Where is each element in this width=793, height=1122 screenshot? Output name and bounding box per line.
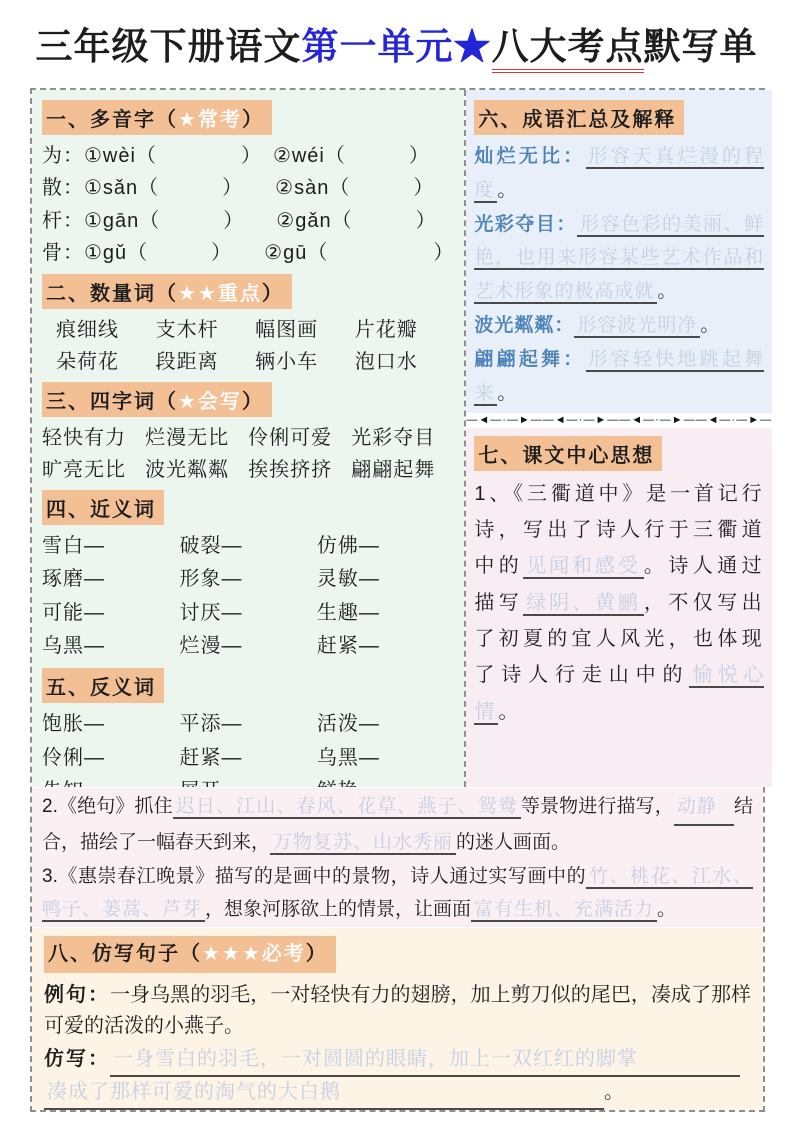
four-char-word: 挨挨挤挤: [248, 454, 351, 486]
antonym-item: 伶俐—: [42, 742, 179, 776]
four-char-word: 波光粼粼: [145, 454, 248, 486]
idiom-term: 波光粼粼：: [474, 315, 574, 336]
idiom-period: 。: [657, 281, 677, 302]
four-char-word: 伶俐可爱: [248, 422, 351, 454]
note-text: 的迷人画面。: [456, 832, 570, 853]
left-column: 一、多音字（★常考） 为：①wèi（ ） ②wéi（ ） 散：①sǎn（ ） ②…: [32, 90, 464, 787]
idiom-item: 灿烂无比：形容天真烂漫的程度。: [474, 140, 764, 208]
synonym-item: 仿佛—: [317, 530, 454, 564]
title-black-1: 三年级下册语文: [36, 27, 302, 68]
polyphone-row: 为：①wèi（ ） ②wéi（ ）: [42, 140, 454, 172]
idiom-term: 灿烂无比：: [474, 146, 585, 167]
note-answer-blank: 动静: [674, 790, 734, 826]
imitation-label: 仿写：: [44, 1048, 110, 1070]
idiom-item: 光彩夺目：形容色彩的美丽、鲜艳，也用来形容某些艺术作品和艺术形象的极高成就。: [474, 208, 764, 309]
idiom-panel: 六、成语汇总及解释 灿烂无比：形容天真烂漫的程度。 光彩夺目：形容色彩的美丽、鲜…: [466, 90, 772, 413]
synonym-item: 生趣—: [317, 597, 454, 631]
title-black-2: 默写单: [644, 27, 758, 68]
title-blue-unit: 第一单元★: [302, 27, 492, 68]
idiom-period: 。: [497, 383, 517, 404]
polyphone-row: 杆：①gān（ ） ②gǎn（ ）: [42, 205, 454, 237]
four-char-word: 光彩夺目: [351, 422, 454, 454]
note-text: 3.《惠崇春江晚景》描写的是画中的景物，诗人通过实写画中的: [42, 866, 586, 887]
section-7-heading-text: 七、课文中心思想: [478, 445, 654, 467]
synonym-item: 灵敏—: [317, 563, 454, 597]
poem-note-2: 2.《绝句》抓住迟日、江山、春风、花草、燕子、鸳鸯等景物进行描写，动静结合，描绘…: [42, 790, 753, 860]
synonym-item: 可能—: [42, 597, 179, 631]
quantifier-word: 片花瓣: [355, 314, 455, 346]
right-column: 六、成语汇总及解释 灿烂无比：形容天真烂漫的程度。 光彩夺目：形容色彩的美丽、鲜…: [464, 90, 772, 787]
section-5-heading: 五、反义词: [42, 668, 164, 703]
four-char-word: 翩翩起舞: [351, 454, 454, 486]
quantifier-word: 幅图画: [255, 314, 355, 346]
note-text: 。: [657, 899, 676, 920]
section-8-heading-text: 八、仿写句子（: [48, 943, 202, 965]
section-5-heading-text: 五、反义词: [46, 677, 156, 699]
section-1-heading-close: ）: [242, 109, 264, 131]
section-2-heading-text: 二、数量词（: [46, 283, 178, 305]
example-sentence: 例句：一身乌黑的羽毛，一对轻快有力的翅膀，加上剪刀似的尾巴，凑成了那样可爱的活泼…: [44, 980, 751, 1042]
section-4-heading-text: 四、近义词: [46, 499, 156, 521]
quantifier-word: 支木杆: [156, 314, 256, 346]
imitation-answer-blank: 凑成了那样可爱的淘气的大白鹅: [44, 1077, 604, 1110]
section-3-heading-badge: ★会写: [178, 391, 242, 413]
antonym-item: 饱胀—: [42, 708, 179, 742]
quantifier-grid: 痕细线支木杆幅图画片花瓣 朵荷花段距离辆小车泡口水: [42, 314, 454, 378]
note-answer-blank: 万物复苏、山水秀丽: [270, 832, 456, 855]
section-6-heading: 六、成语汇总及解释: [474, 100, 684, 135]
idiom-item: 波光粼粼：形容波光明净。: [474, 309, 764, 343]
section-4-heading: 四、近义词: [42, 490, 164, 525]
section-1-heading-text: 一、多音字（: [46, 109, 178, 131]
antonym-item: 乌黑—: [317, 742, 454, 776]
quantifier-word: 段距离: [156, 346, 256, 378]
antonym-item: 平添—: [179, 708, 316, 742]
section-3-heading-text: 三、四字词（: [46, 391, 178, 413]
synonym-grid: 雪白—破裂—仿佛— 琢磨—形象—灵敏— 可能—讨厌—生趣— 乌黑—烂漫—赶紧—: [42, 530, 454, 664]
polyphone-row: 散：①sǎn（ ） ②sàn（ ）: [42, 172, 454, 204]
idiom-period: 。: [497, 180, 517, 201]
synonym-item: 赶紧—: [317, 630, 454, 664]
synonym-item: 乌黑—: [42, 630, 179, 664]
quantifier-word: 朵荷花: [56, 346, 156, 378]
page-title: 三年级下册语文第一单元★八大考点默写单: [0, 0, 793, 70]
note-text: 等景物进行描写，: [521, 796, 674, 817]
section-3-heading-close: ）: [242, 391, 264, 413]
four-char-word: 烂漫无比: [145, 422, 248, 454]
synonym-item: 破裂—: [179, 530, 316, 564]
synonym-item: 讨厌—: [179, 597, 316, 631]
antonym-item: 赶紧—: [179, 742, 316, 776]
four-char-grid: 轻快有力烂漫无比伶俐可爱光彩夺目 旷亮无比波光粼粼挨挨挤挤翩翩起舞: [42, 422, 454, 486]
imitation-panel: 八、仿写句子（★★★必考） 例句：一身乌黑的羽毛，一对轻快有力的翅膀，加上剪刀似…: [32, 928, 763, 1110]
theme-text: 。: [498, 701, 521, 723]
theme-panel: 七、课文中心思想 1、《三衢道中》是一首记行诗，写出了诗人行于三衢道中的见闻和感…: [466, 428, 772, 788]
section-1-heading-badge: ★常考: [178, 109, 242, 131]
section-3-heading: 三、四字词（★会写）: [42, 382, 272, 417]
poem-note-3: 3.《惠崇春江晚景》描写的是画中的景物，诗人通过实写画中的竹、桃花、江水、鸭子、…: [42, 860, 753, 928]
imitation-period: 。: [604, 1081, 624, 1103]
four-char-word: 轻快有力: [42, 422, 145, 454]
section-2-heading-badge: ★★重点: [178, 283, 262, 305]
idiom-answer-blank: 形容波光明净: [574, 315, 700, 338]
polyphone-row: 骨：①gǔ（ ） ②gū（ ）: [42, 237, 454, 269]
section-7-heading: 七、课文中心思想: [474, 436, 662, 471]
idiom-term: 光彩夺目：: [474, 214, 577, 235]
arrow-divider: [466, 413, 772, 428]
quantifier-word: 辆小车: [255, 346, 355, 378]
section-8-heading-close: ）: [306, 943, 328, 965]
theme-answer-blank: 绿阴、黄鹂: [523, 592, 644, 616]
poem-notes-strip: 2.《绝句》抓住迟日、江山、春风、花草、燕子、鸳鸯等景物进行描写，动静结合，描绘…: [32, 788, 763, 927]
worksheet-frame: 一、多音字（★常考） 为：①wèi（ ） ②wéi（ ） 散：①sǎn（ ） ②…: [30, 88, 765, 1112]
section-2-heading-close: ）: [262, 283, 284, 305]
section-8-heading: 八、仿写句子（★★★必考）: [44, 936, 336, 973]
idiom-period: 。: [700, 315, 720, 336]
imitation-line: 仿写：一身雪白的羽毛，一对圆圆的眼睛，加上一双红红的脚掌凑成了那样可爱的淘气的大…: [44, 1044, 751, 1110]
four-char-word: 旷亮无比: [42, 454, 145, 486]
worksheet-page: 三年级下册语文第一单元★八大考点默写单 一、多音字（★常考） 为：①wèi（ ）…: [0, 0, 793, 1122]
idiom-item: 翩翩起舞：形容轻快地跳起舞来。: [474, 343, 764, 411]
imitation-answer-blank: 一身雪白的羽毛，一对圆圆的眼睛，加上一双红红的脚掌: [110, 1044, 740, 1077]
quantifier-word: 泡口水: [355, 346, 455, 378]
example-label: 例句：: [44, 984, 110, 1006]
section-2-heading: 二、数量词（★★重点）: [42, 274, 292, 309]
section-8-heading-badge: ★★★必考: [202, 943, 306, 965]
note-text: 2.《绝句》抓住: [42, 796, 173, 817]
top-zone: 一、多音字（★常考） 为：①wèi（ ） ②wéi（ ） 散：①sǎn（ ） ②…: [32, 90, 763, 787]
quantifier-word: 痕细线: [56, 314, 156, 346]
title-underlined: 八大考点: [492, 27, 644, 73]
antonym-item: 活泼—: [317, 708, 454, 742]
note-answer-blank: 迟日、江山、春风、花草、燕子、鸳鸯: [173, 796, 521, 819]
idiom-term: 翩翩起舞：: [474, 349, 585, 370]
note-answer-blank: 富有生机、充满活力: [471, 899, 657, 922]
synonym-item: 雪白—: [42, 530, 179, 564]
synonym-item: 琢磨—: [42, 563, 179, 597]
theme-paragraph: 1、《三衢道中》是一首记行诗，写出了诗人行于三衢道中的见闻和感受。诗人通过描写绿…: [474, 476, 764, 731]
section-6-heading-text: 六、成语汇总及解释: [478, 109, 676, 131]
example-text: 一身乌黑的羽毛，一对轻快有力的翅膀，加上剪刀似的尾巴，凑成了那样可爱的活泼的小燕…: [44, 984, 751, 1037]
synonym-item: 烂漫—: [179, 630, 316, 664]
note-text: ，想象河豚欲上的情景，让画面: [205, 899, 471, 920]
section-1-heading: 一、多音字（★常考）: [42, 100, 272, 135]
synonym-item: 形象—: [179, 563, 316, 597]
theme-answer-blank: 见闻和感受: [523, 555, 644, 579]
